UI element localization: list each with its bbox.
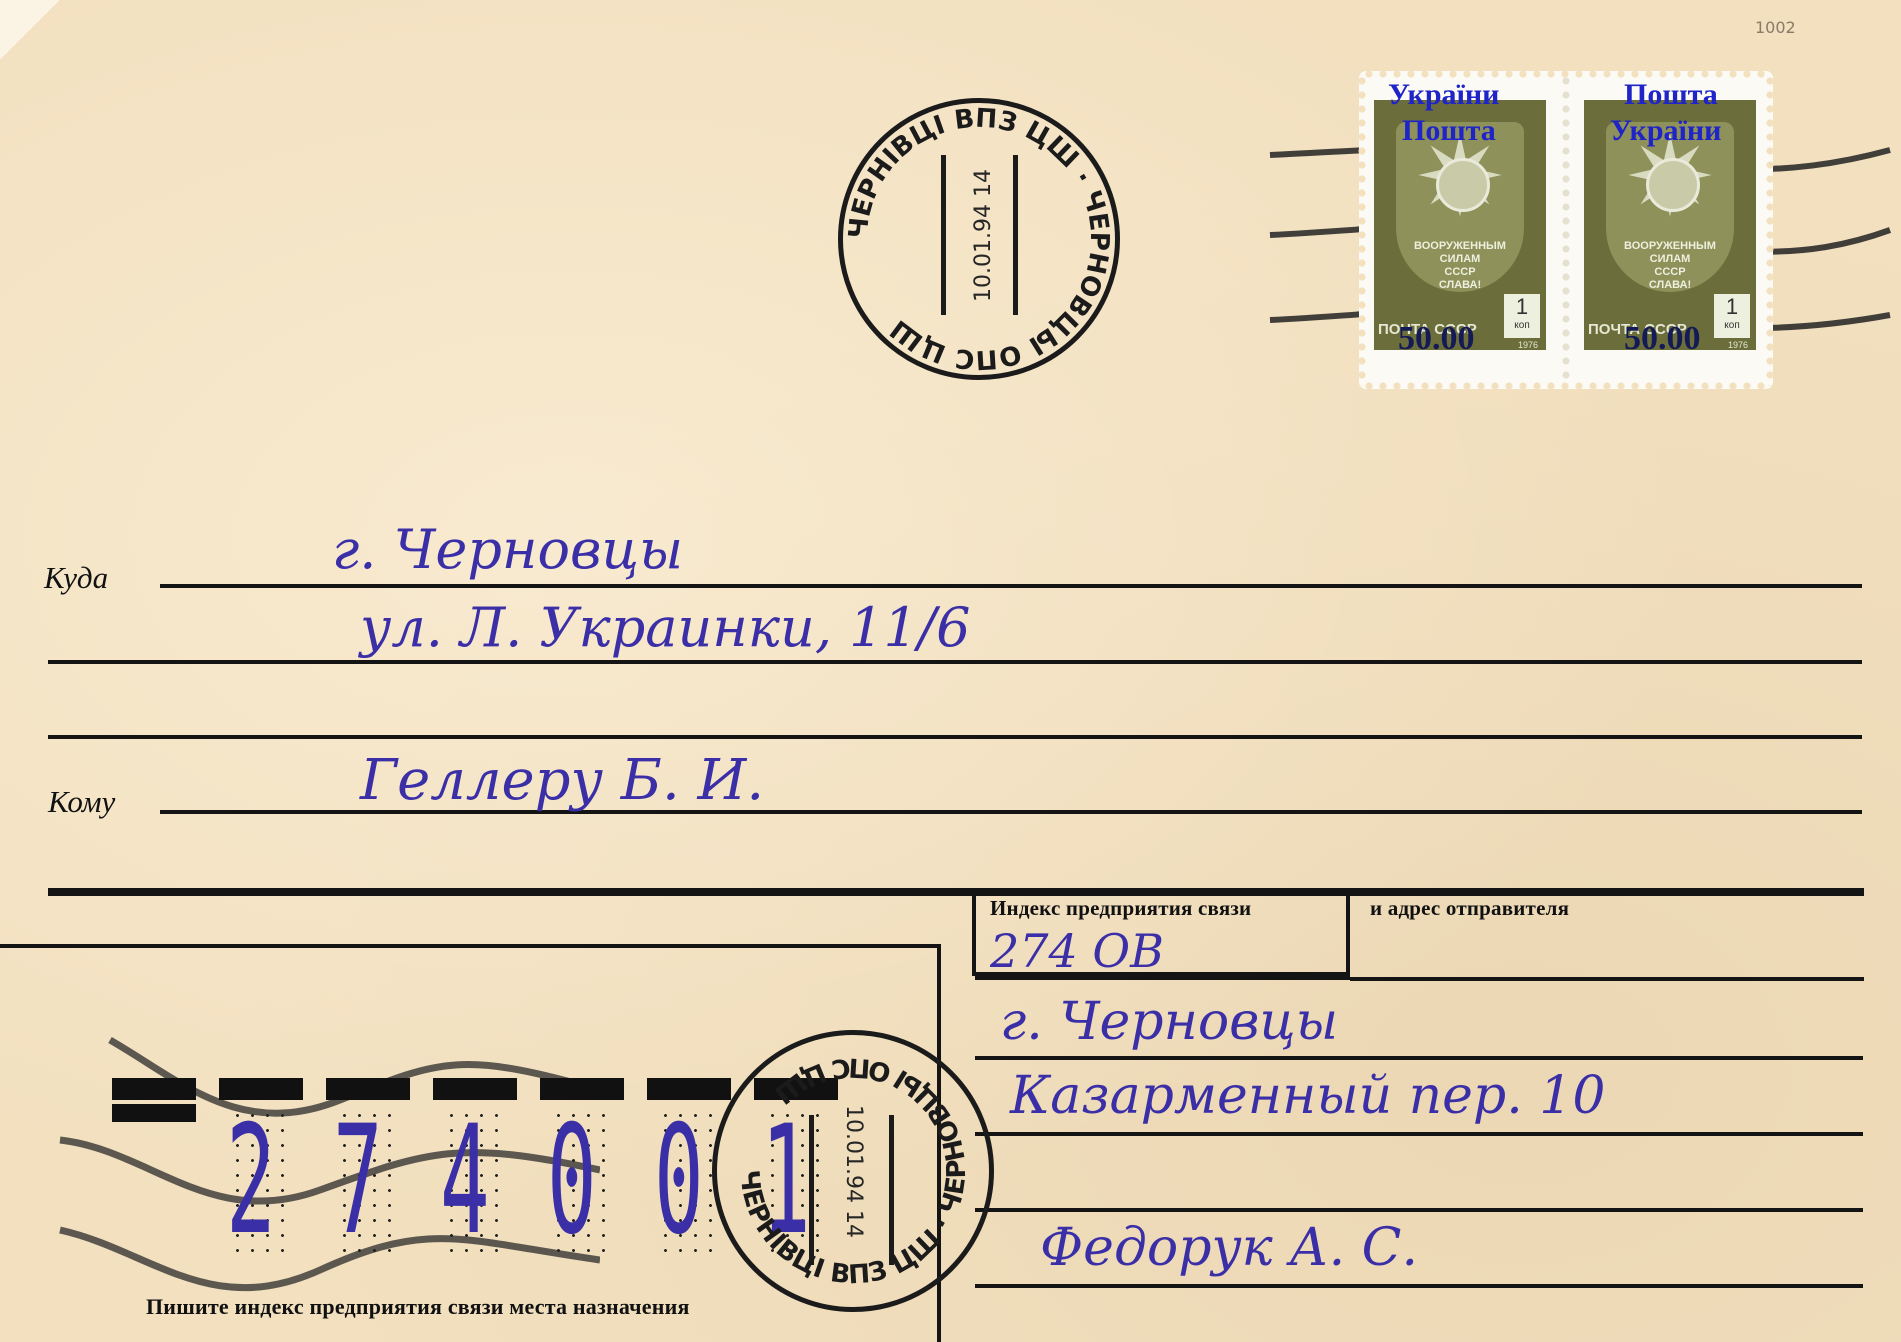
divider-thick	[48, 888, 1864, 896]
overprint-top: України	[1388, 80, 1499, 110]
sender-index: 274 ОВ	[990, 924, 1164, 978]
sender-line	[1350, 977, 1864, 981]
address-line	[48, 660, 1862, 664]
sender-name: Федорук А. С.	[1040, 1218, 1418, 1278]
medal-icon	[1436, 158, 1490, 212]
index-label: Индекс предприятия связи	[990, 896, 1251, 921]
stamp-denomination: 1коп	[1714, 294, 1750, 338]
sender-line	[975, 1284, 1863, 1288]
index-box-right	[1346, 888, 1350, 976]
sender-line	[975, 1132, 1863, 1136]
envelope: 1002 ЧЕРНІВЦІ ВПЗ ЦШ · ЧЕРНОВЦЫ ОПС ЦШ 1…	[0, 0, 1901, 1342]
guide-bar	[112, 1078, 196, 1100]
stamp-slogan: ВООРУЖЕННЫМСИЛАМ СССРСЛАВА!	[1392, 240, 1528, 292]
postcode-digit: 4	[440, 1106, 490, 1256]
postmark-bar	[889, 1115, 894, 1265]
postcode-digit: 7	[333, 1106, 383, 1256]
postmark-date: 10.01.94 14	[841, 1105, 866, 1238]
postcode-frame-top	[0, 944, 940, 948]
postmark-date: 10.01.94 14	[971, 169, 996, 302]
index-box-left	[972, 888, 976, 976]
stamp-year: 1976	[1518, 340, 1538, 350]
recipient-city: г. Черновцы	[332, 518, 683, 581]
cancellation-waves-bottom	[40, 1000, 600, 1300]
overprint-value: 50.00	[1398, 324, 1475, 354]
postcode-digit: 0	[654, 1106, 704, 1256]
overprint-mid: Пошта	[1402, 116, 1496, 146]
overprint-mid: України	[1610, 116, 1721, 146]
recipient-name: Геллеру Б. И.	[360, 748, 764, 813]
address-line	[48, 735, 1862, 739]
corner-fold	[0, 0, 60, 60]
where-label: Куда	[44, 560, 108, 596]
postmark-top: ЧЕРНІВЦІ ВПЗ ЦШ · ЧЕРНОВЦЫ ОПС ЦШ 10.01.…	[838, 98, 1120, 380]
guide-bar	[112, 1104, 196, 1122]
stamp-denomination: 1коп	[1504, 294, 1540, 338]
pencil-note: 1002	[1755, 18, 1796, 37]
sender-address-label: и адрес отправителя	[1370, 896, 1569, 921]
sender-line	[975, 1208, 1863, 1212]
postcode-digit: 2	[226, 1106, 276, 1256]
postmark-bar	[1013, 155, 1018, 315]
stamp-year: 1976	[1728, 340, 1748, 350]
medal-icon	[1646, 158, 1700, 212]
postmark-bottom: ЧЕРНІВЦІ ВПЗ ЦШ · ЧЕРНОВЦЫ ОПС ЦШ 10.01.…	[712, 1030, 994, 1312]
sender-city: г. Черновцы	[1000, 992, 1338, 1052]
stamp-slogan: ВООРУЖЕННЫМСИЛАМ СССРСЛАВА!	[1602, 240, 1738, 292]
postcode-instruction: Пишите индекс предприятия связи места на…	[146, 1294, 690, 1320]
to-label: Кому	[48, 784, 115, 820]
postmark-bar	[941, 155, 946, 315]
address-line	[160, 584, 1862, 588]
postmark-bar	[809, 1115, 814, 1265]
sender-street: Казарменный пер. 10	[1010, 1066, 1605, 1126]
postcode-digit: 0	[547, 1106, 597, 1256]
overprint-top: Пошта	[1624, 80, 1718, 110]
recipient-street: ул. Л. Украинки, 11/6	[360, 596, 970, 659]
sender-line	[975, 1056, 1863, 1060]
stamp-pair: ✷ ВООРУЖЕННЫМСИЛАМ СССРСЛАВА! ПОЧТА СССР…	[1362, 74, 1770, 386]
overprint-value: 50.00	[1624, 324, 1701, 354]
